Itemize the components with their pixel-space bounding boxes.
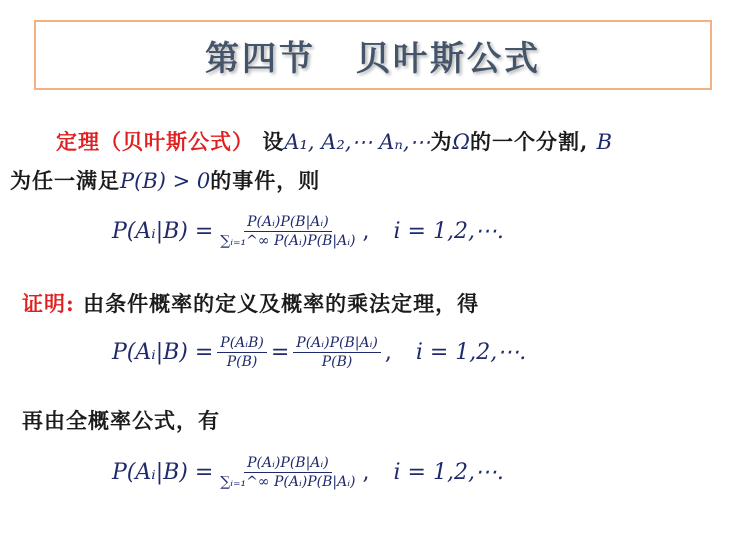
theorem-text: 的一个分割, bbox=[470, 129, 588, 154]
sequence: A₁, A₂,⋯ Aₙ,⋯ bbox=[284, 130, 430, 154]
fraction: P(AᵢB) P(B) bbox=[217, 335, 267, 370]
fraction: P(Aᵢ)P(B|Aᵢ) ∑ᵢ₌₁^∞ P(Aᵢ)P(B|Aᵢ) bbox=[217, 214, 358, 249]
formula-lhs: P(Aᵢ|B) = bbox=[112, 340, 213, 365]
denominator: ∑ᵢ₌₁^∞ P(Aᵢ)P(B|Aᵢ) bbox=[217, 232, 358, 249]
theorem-line-2: 为任一满足P(B) > 0的事件，则 bbox=[10, 165, 320, 195]
event-b: B bbox=[597, 130, 612, 154]
theorem-text: 为 bbox=[431, 129, 453, 154]
proof-line: 证明: 由条件概率的定义及概率的乘法定理，得 bbox=[22, 288, 479, 318]
fraction: P(Aᵢ)P(B|Aᵢ) P(B) bbox=[293, 335, 381, 370]
index-range: i = 1,2,⋯. bbox=[394, 460, 504, 485]
index-range: i = 1,2,⋯. bbox=[394, 219, 504, 244]
numerator: P(Aᵢ)P(B|Aᵢ) bbox=[244, 214, 332, 232]
bayes-formula-3: P(Aᵢ|B) = P(Aᵢ)P(B|Aᵢ) ∑ᵢ₌₁^∞ P(Aᵢ)P(B|A… bbox=[112, 455, 504, 490]
numerator: P(Aᵢ)P(B|Aᵢ) bbox=[244, 455, 332, 473]
condition: P(B) > 0 bbox=[120, 169, 210, 193]
bayes-formula-1: P(Aᵢ|B) = P(Aᵢ)P(B|Aᵢ) ∑ᵢ₌₁^∞ P(Aᵢ)P(B|A… bbox=[112, 214, 504, 249]
denominator: ∑ᵢ₌₁^∞ P(Aᵢ)P(B|Aᵢ) bbox=[217, 473, 358, 490]
proof-label: 证明: bbox=[22, 291, 75, 316]
denominator: P(B) bbox=[224, 353, 261, 370]
numerator: P(Aᵢ)P(B|Aᵢ) bbox=[293, 335, 381, 353]
theorem-text: 的事件，则 bbox=[210, 168, 320, 193]
section-name: 贝叶斯公式 bbox=[356, 39, 541, 79]
step-line: 再由全概率公式，有 bbox=[22, 405, 220, 435]
proof-text: 由条件概率的定义及概率的乘法定理，得 bbox=[83, 291, 479, 316]
theorem-intro: 设 bbox=[262, 129, 284, 154]
fraction: P(Aᵢ)P(B|Aᵢ) ∑ᵢ₌₁^∞ P(Aᵢ)P(B|Aᵢ) bbox=[217, 455, 358, 490]
formula-lhs: P(Aᵢ|B) = bbox=[112, 219, 213, 244]
bayes-formula-2: P(Aᵢ|B) = P(AᵢB) P(B) = P(Aᵢ)P(B|Aᵢ) P(B… bbox=[112, 335, 526, 370]
step-text: 再由全概率公式，有 bbox=[22, 408, 220, 433]
theorem-label: 定理（贝叶斯公式） bbox=[56, 129, 254, 154]
index-range: i = 1,2,⋯. bbox=[416, 340, 526, 365]
omega-symbol: Ω bbox=[453, 130, 470, 154]
theorem-line-1: 定理（贝叶斯公式） 设A₁, A₂,⋯ Aₙ,⋯为Ω的一个分割, B bbox=[56, 126, 612, 156]
numerator: P(AᵢB) bbox=[217, 335, 267, 353]
denominator: P(B) bbox=[319, 353, 356, 370]
section-number: 第四节 bbox=[205, 39, 316, 79]
page-title: 第四节贝叶斯公式 bbox=[205, 31, 541, 80]
theorem-text: 为任一满足 bbox=[10, 168, 120, 193]
title-box: 第四节贝叶斯公式 bbox=[34, 20, 712, 90]
formula-lhs: P(Aᵢ|B) = bbox=[112, 460, 213, 485]
